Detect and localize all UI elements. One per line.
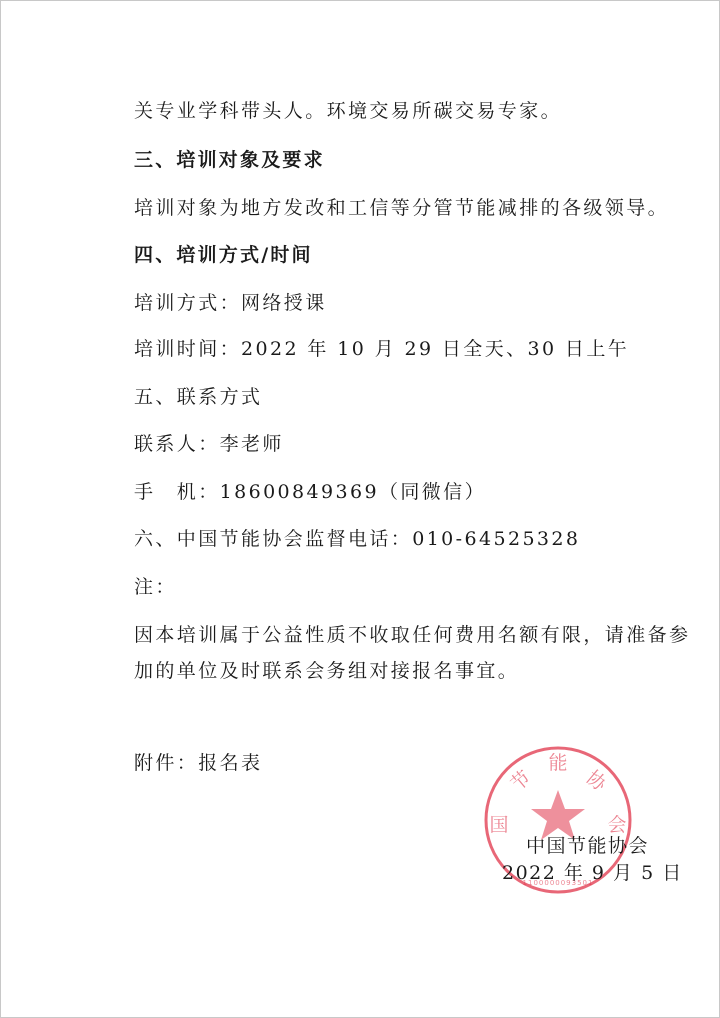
section-heading-6: 六、中国节能协会监督电话：010-64525328 bbox=[134, 527, 580, 551]
signature-date: 2022 年 9 月 5 日 bbox=[502, 861, 683, 885]
note-text-line-2: 加的单位及时联系会务组对接报名事宜。 bbox=[134, 659, 519, 683]
note-text-line-1: 因本培训属于公益性质不收取任何费用名额有限，请准备参 bbox=[134, 623, 690, 647]
star-icon bbox=[531, 790, 585, 840]
paragraph-line: 关专业学科带头人。环境交易所碳交易专家。 bbox=[134, 99, 562, 123]
svg-text:会: 会 bbox=[607, 814, 626, 836]
svg-text:能: 能 bbox=[548, 752, 567, 774]
svg-text:节: 节 bbox=[506, 766, 535, 796]
signature-org: 中国节能协会 bbox=[526, 834, 649, 858]
training-mode: 培训方式：网络授课 bbox=[134, 291, 327, 315]
contact-phone: 手 机：18600849369（同微信） bbox=[134, 480, 486, 504]
svg-text:国: 国 bbox=[489, 814, 508, 836]
section-heading-4: 四、培训方式/时间 bbox=[134, 243, 313, 267]
svg-text:协: 协 bbox=[582, 766, 611, 796]
attachment-line: 附件：报名表 bbox=[134, 751, 262, 775]
training-time: 培训时间：2022 年 10 月 29 日全天、30 日上午 bbox=[134, 337, 629, 361]
section-heading-3: 三、培训对象及要求 bbox=[134, 148, 325, 172]
paragraph-line: 培训对象为地方发改和工信等分管节能减排的各级领导。 bbox=[134, 196, 669, 220]
contact-person: 联系人：李老师 bbox=[134, 432, 284, 456]
section-heading-5: 五、联系方式 bbox=[134, 385, 262, 409]
document-page: 关专业学科带头人。环境交易所碳交易专家。 三、培训对象及要求 培训对象为地方发改… bbox=[0, 0, 720, 1018]
note-label: 注： bbox=[134, 575, 177, 599]
